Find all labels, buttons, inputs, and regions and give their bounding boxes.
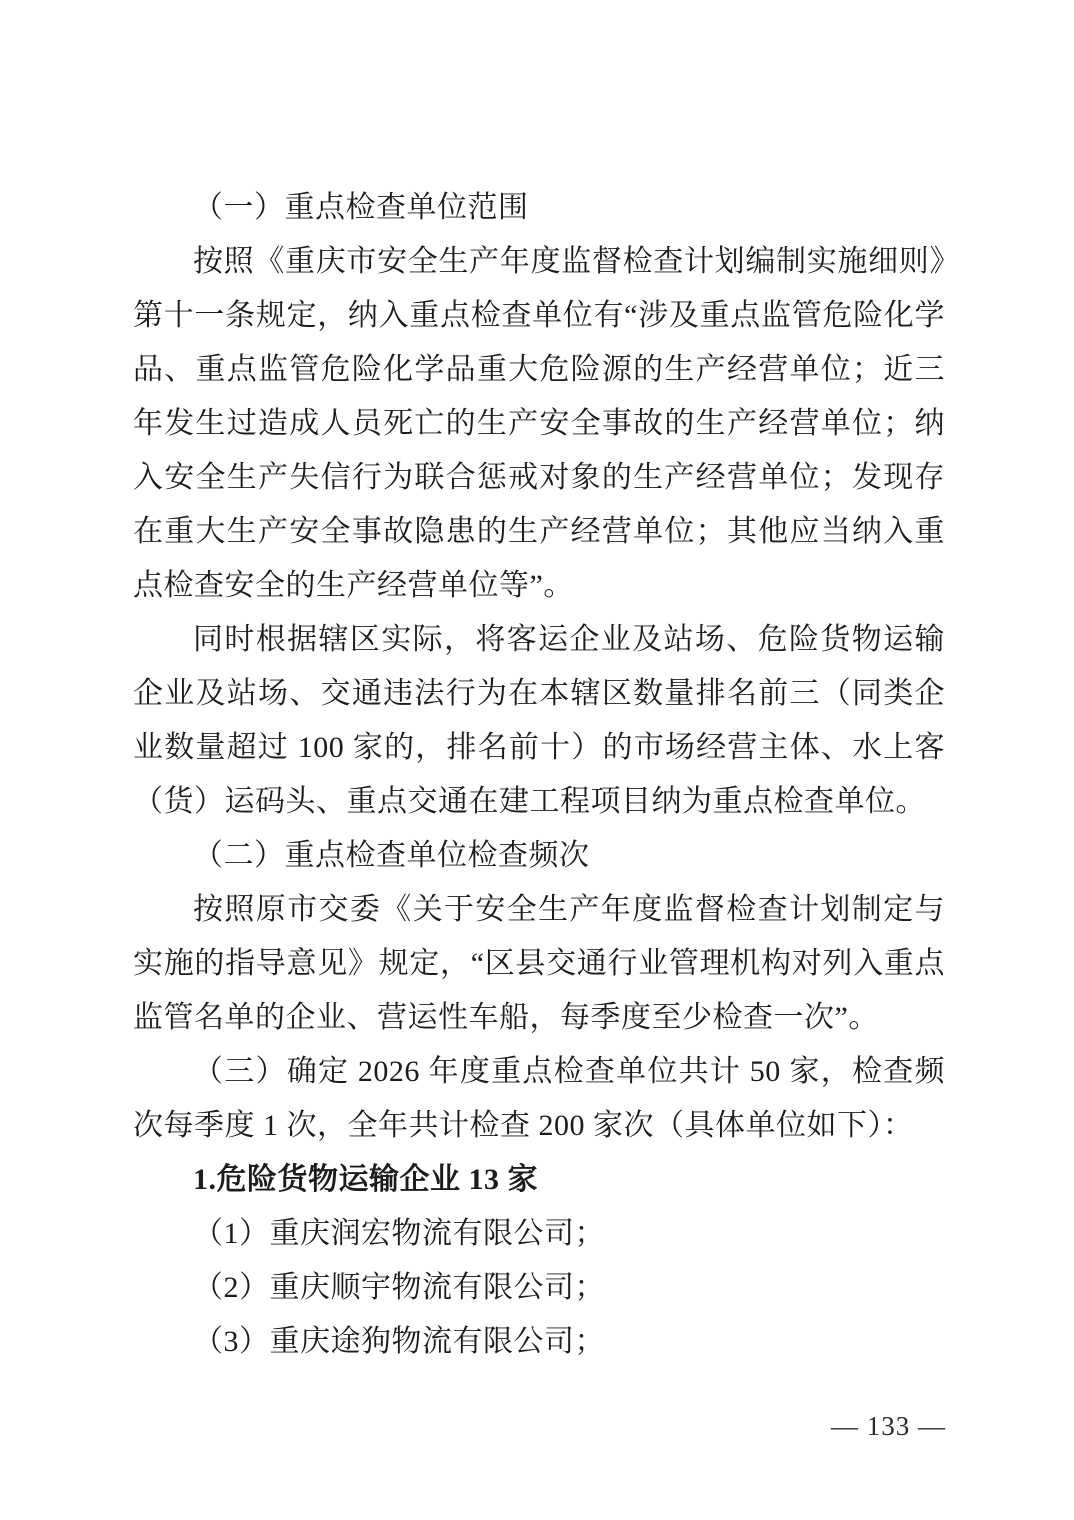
page-number: — 133 — [831, 1408, 946, 1444]
paragraph-frequency-rules: 按照原市交委《关于安全生产年度监督检查计划制定与实施的指导意见》规定，“区县交通… [133, 883, 945, 1045]
document-body: （一）重点检查单位范围 按照《重庆市安全生产年度监督检查计划编制实施细则》第十一… [133, 181, 945, 1369]
paragraph-inspection-scope-rules: 按照《重庆市安全生产年度监督检查计划编制实施细则》第十一条规定，纳入重点检查单位… [133, 235, 945, 613]
section-heading-inspection-frequency: （二）重点检查单位检查频次 [133, 829, 945, 883]
paragraph-2026-unit-totals: （三）确定 2026 年度重点检查单位共计 50 家，检查频次每季度 1 次，全… [133, 1045, 945, 1153]
subsection-heading-dangerous-goods-transport: 1.危险货物运输企业 13 家 [133, 1153, 945, 1207]
section-heading-key-inspection-scope: （一）重点检查单位范围 [133, 181, 945, 235]
company-list-item-1: （1）重庆润宏物流有限公司； [133, 1207, 945, 1261]
paragraph-district-additions: 同时根据辖区实际，将客运企业及站场、危险货物运输企业及站场、交通违法行为在本辖区… [133, 613, 945, 829]
document-page: （一）重点检查单位范围 按照《重庆市安全生产年度监督检查计划编制实施细则》第十一… [0, 0, 1074, 1520]
company-list-item-2: （2）重庆顺宇物流有限公司； [133, 1261, 945, 1315]
company-list-item-3: （3）重庆途狗物流有限公司； [133, 1315, 945, 1369]
